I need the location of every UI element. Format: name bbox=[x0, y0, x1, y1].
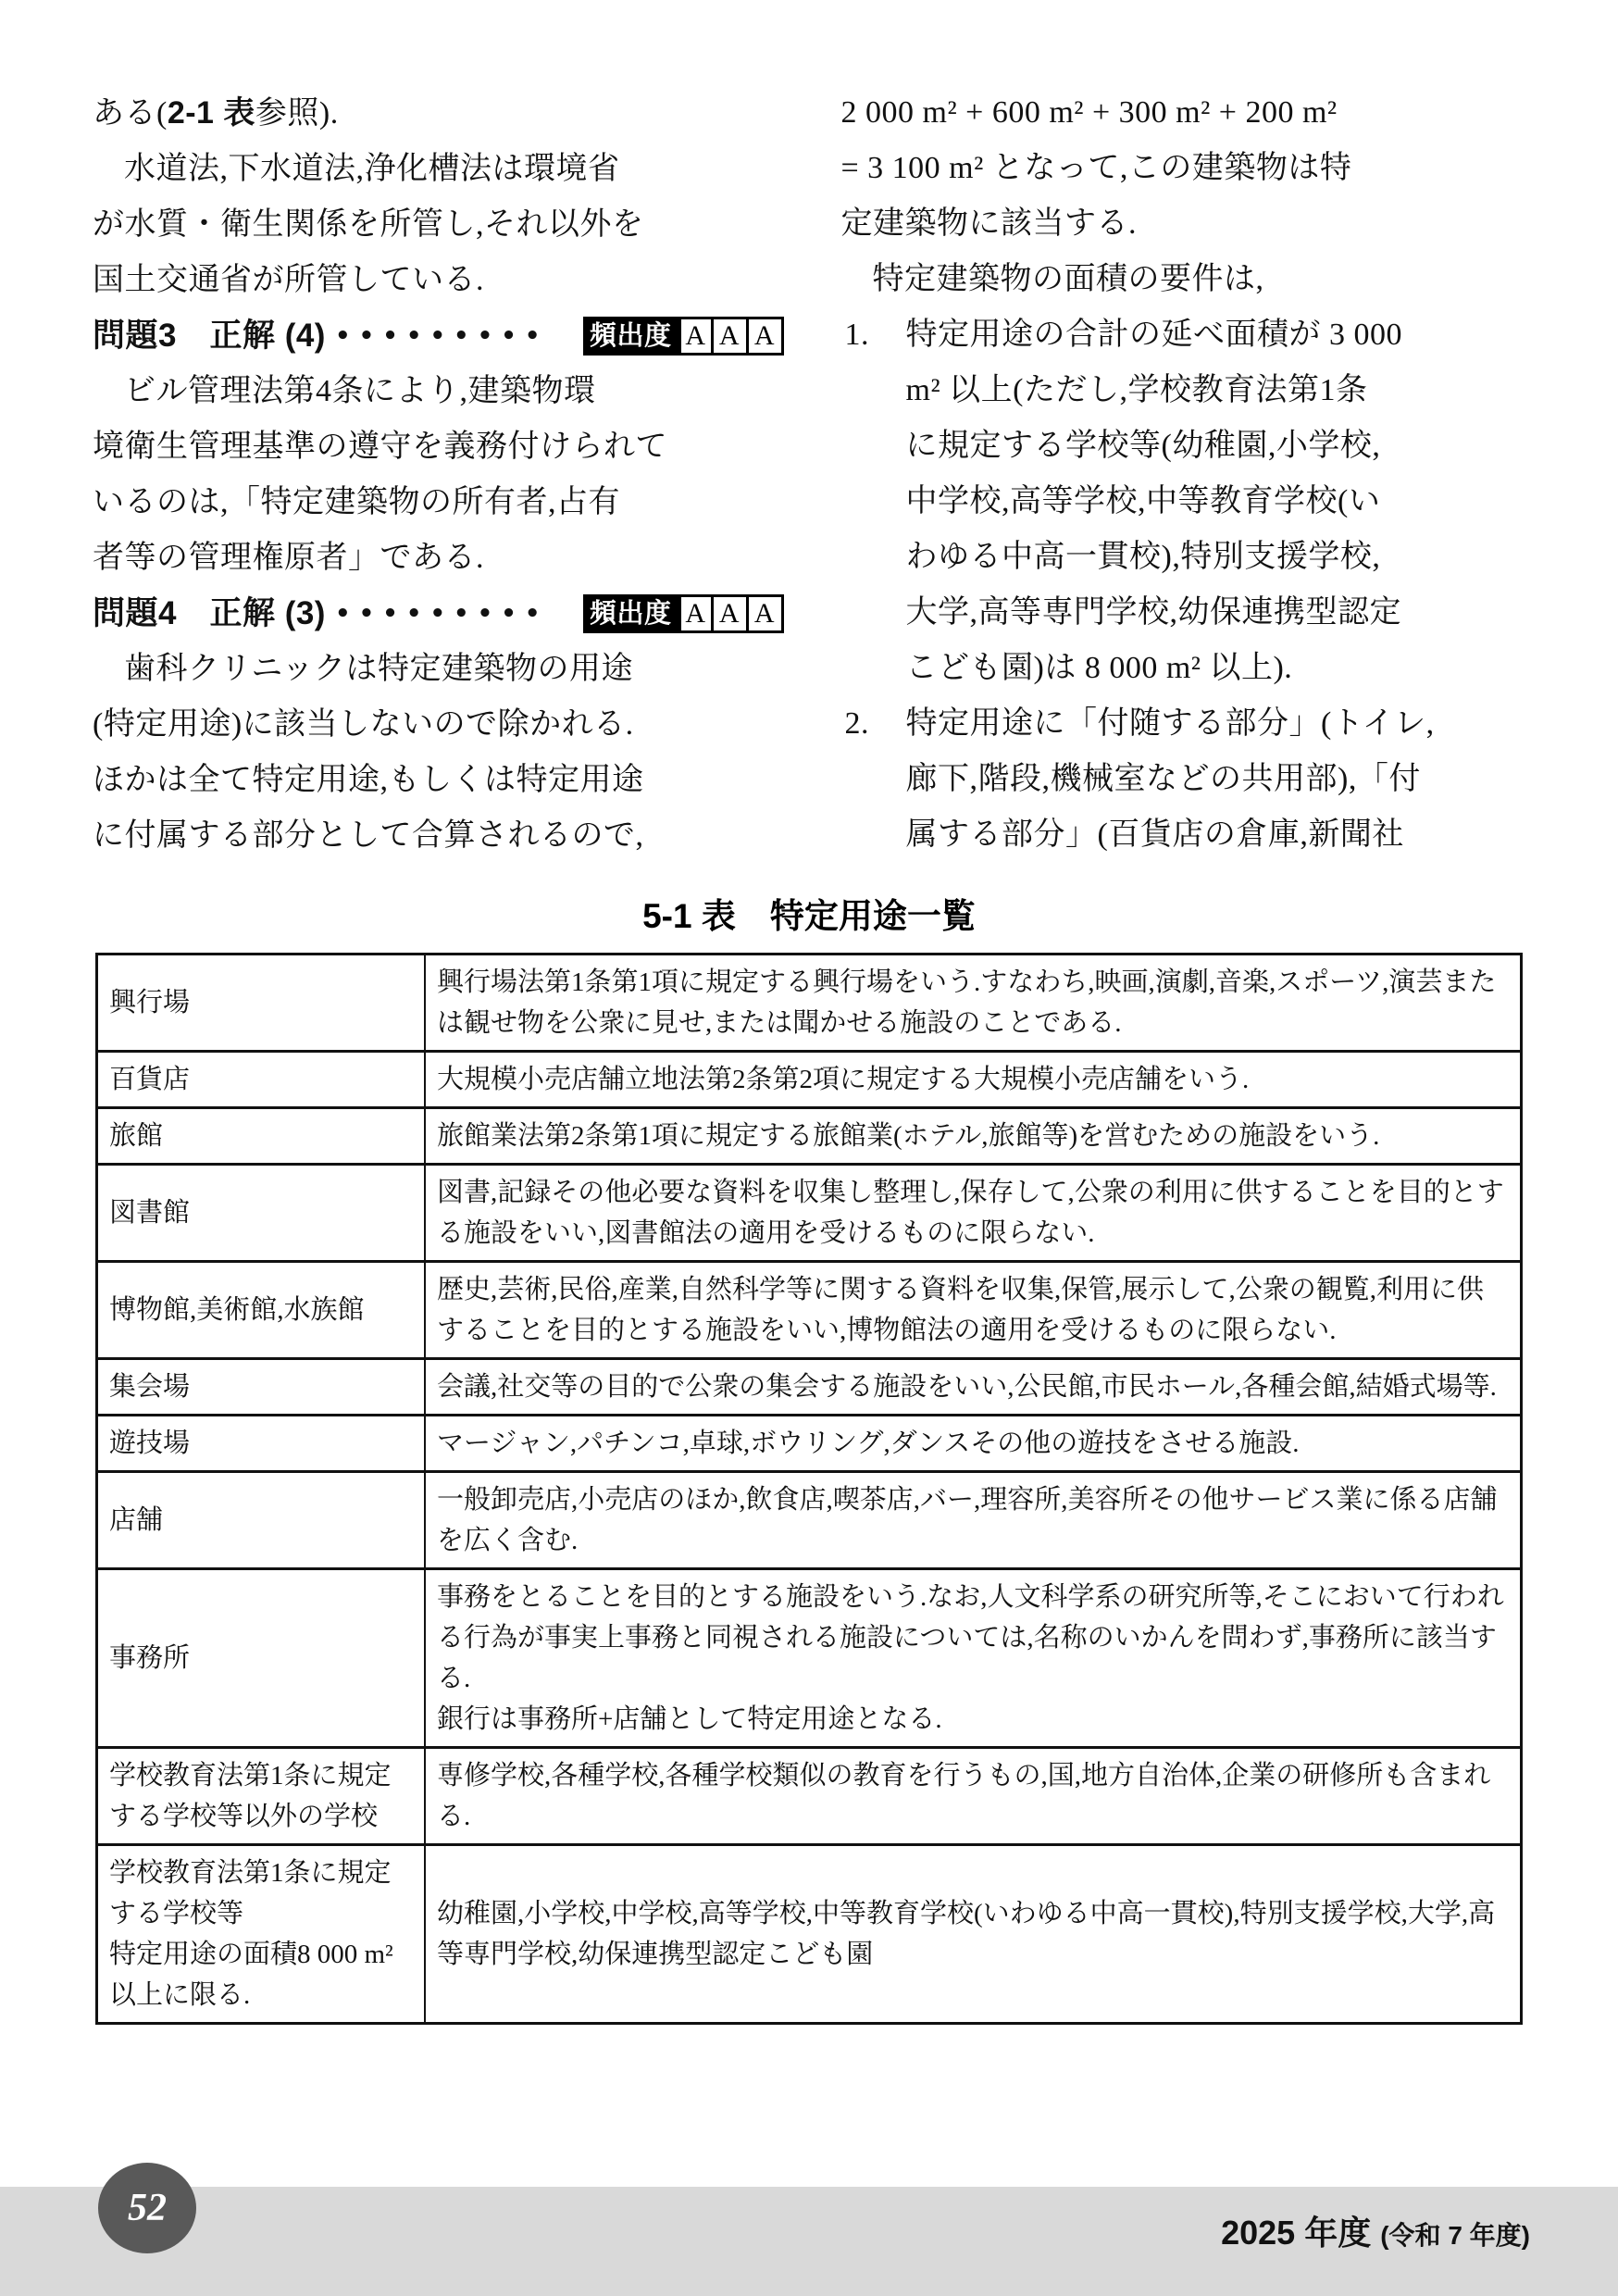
frequency-label: 頻出度 bbox=[583, 317, 678, 356]
table-desc-cell: 一般卸売店,小売店のほか,飲食店,喫茶店,バー,理容所,美容所その他サービス業に… bbox=[425, 1472, 1522, 1569]
specified-uses-table: 興行場 興行場法第1条第1項に規定する興行場をいう.すなわち,映画,演劇,音楽,… bbox=[95, 953, 1523, 2025]
table-desc-cell: マージャン,パチンコ,卓球,ボウリング,ダンスその他の遊技をさせる施設. bbox=[425, 1416, 1522, 1472]
table-term-cell: 図書館 bbox=[97, 1165, 426, 1262]
frequency-badge: 頻出度 A A A bbox=[583, 594, 784, 633]
table-term-cell: 店舗 bbox=[97, 1472, 426, 1569]
body-text-line: ほかは全て特定用途,もしくは特定用途 bbox=[93, 753, 784, 808]
leader-dots: ••••••••• bbox=[326, 586, 583, 642]
table-row: 旅館 旅館業法第2条第1項に規定する旅館業(ホテル,旅館等)を営むための施設をい… bbox=[97, 1108, 1522, 1165]
body-text-line: に付属する部分として合算されるので, bbox=[93, 808, 784, 864]
body-text-line: 2 000 m² + 600 m² + 300 m² + 200 m² bbox=[841, 85, 1533, 141]
footer: 2025 年度 (令和 7 年度) bbox=[0, 2187, 1618, 2296]
body-text-line: 大学,高等専門学校,幼保連携型認定 bbox=[841, 585, 1533, 641]
table-desc-cell: 歴史,芸術,民俗,産業,自然科学等に関する資料を収集,保管,展示して,公衆の観覧… bbox=[425, 1262, 1522, 1359]
grade-box: A bbox=[714, 594, 749, 633]
body-text-line: 特定用途に「付随する部分」(トイレ, bbox=[895, 696, 1533, 752]
table-term-cell: 事務所 bbox=[97, 1569, 426, 1748]
table-term-cell: 集会場 bbox=[97, 1359, 426, 1416]
table-term-cell: 遊技場 bbox=[97, 1416, 426, 1472]
table-reference: 2-1 表 bbox=[168, 95, 255, 131]
table-row: 学校教育法第1条に規定する学校等 特定用途の面積8 000 m²以上に限る. 幼… bbox=[97, 1845, 1522, 2024]
body-text-line: m² 以上(ただし,学校教育法第1条 bbox=[841, 363, 1533, 418]
edition-label: 2025 年度 (令和 7 年度) bbox=[1221, 2207, 1530, 2254]
right-column: 2 000 m² + 600 m² + 300 m² + 200 m² = 3 … bbox=[841, 85, 1533, 864]
table-term-cell: 興行場 bbox=[97, 955, 426, 1052]
body-text-line: (特定用途)に該当しないので除かれる. bbox=[93, 697, 784, 753]
table-row: 博物館,美術館,水族館 歴史,芸術,民俗,産業,自然科学等に関する資料を収集,保… bbox=[97, 1262, 1522, 1359]
body-text-line: 特定用途の合計の延べ面積が 3 000 bbox=[895, 307, 1533, 363]
body-text-line: 属する部分」(百貨店の倉庫,新聞社 bbox=[841, 807, 1533, 863]
table-desc-cell: 大規模小売店舗立地法第2条第2項に規定する大規模小売店舗をいう. bbox=[425, 1052, 1522, 1108]
body-text-line: に規定する学校等(幼稚園,小学校, bbox=[841, 418, 1533, 474]
body-text-line: 者等の管理権原者」である. bbox=[93, 530, 784, 586]
grade-box: A bbox=[714, 317, 749, 356]
table-term-cell: 学校教育法第1条に規定する学校等 特定用途の面積8 000 m²以上に限る. bbox=[97, 1845, 426, 2024]
table-row: 興行場 興行場法第1条第1項に規定する興行場をいう.すなわち,映画,演劇,音楽,… bbox=[97, 955, 1522, 1052]
problem3-heading: 問題3 正解 (4) ••••••••• 頻出度 A A A bbox=[93, 308, 784, 364]
body-text-line: 境衛生管理基準の遵守を義務付けられて bbox=[93, 419, 784, 475]
leader-dots: ••••••••• bbox=[326, 308, 583, 364]
body-text-line: = 3 100 m² となって,この建築物は特 bbox=[841, 141, 1533, 196]
body-text-line: 歯科クリニックは特定建築物の用途 bbox=[93, 642, 784, 697]
list-number: 2. bbox=[841, 696, 895, 752]
table-row: 学校教育法第1条に規定する学校等以外の学校 専修学校,各種学校,各種学校類似の教… bbox=[97, 1748, 1522, 1845]
table-desc-cell: 興行場法第1条第1項に規定する興行場をいう.すなわち,映画,演劇,音楽,スポーツ… bbox=[425, 955, 1522, 1052]
body-text-line: 水道法,下水道法,浄化槽法は環境省 bbox=[93, 142, 784, 197]
answer-text-columns: ある(2-1 表参照). 水道法,下水道法,浄化槽法は環境省 が水質・衛生関係を… bbox=[0, 0, 1618, 864]
body-text-line: 廊下,階段,機械室などの共用部),「付 bbox=[841, 752, 1533, 807]
table-desc-cell: 幼稚園,小学校,中学校,高等学校,中等教育学校(いわゆる中高一貫校),特別支援学… bbox=[425, 1845, 1522, 2024]
body-text-line: 国土交通省が所管している. bbox=[93, 253, 784, 308]
grade-box: A bbox=[749, 594, 784, 633]
grade-box: A bbox=[749, 317, 784, 356]
frequency-label: 頻出度 bbox=[583, 594, 678, 633]
grade-box: A bbox=[678, 317, 714, 356]
table-row: 事務所 事務をとることを目的とする施設をいう.なお,人文科学系の研究所等,そこに… bbox=[97, 1569, 1522, 1748]
page-number: 52 bbox=[128, 2186, 167, 2230]
table-row: 集会場 会議,社交等の目的で公衆の集会する施設をいい,公民館,市民ホール,各種会… bbox=[97, 1359, 1522, 1416]
body-text-line: ビル管理法第4条により,建築物環 bbox=[93, 364, 784, 419]
table-title: 5-1 表 特定用途一覧 bbox=[0, 888, 1618, 938]
table-row: 百貨店 大規模小売店舗立地法第2条第2項に規定する大規模小売店舗をいう. bbox=[97, 1052, 1522, 1108]
body-text-line: いるのは,「特定建築物の所有者,占有 bbox=[93, 475, 784, 530]
table-term-cell: 学校教育法第1条に規定する学校等以外の学校 bbox=[97, 1748, 426, 1845]
body-text-line: 定建築物に該当する. bbox=[841, 196, 1533, 252]
body-text-line: が水質・衛生関係を所管し,それ以外を bbox=[93, 197, 784, 253]
table-desc-cell: 事務をとることを目的とする施設をいう.なお,人文科学系の研究所等,そこにおいて行… bbox=[425, 1569, 1522, 1748]
table-desc-cell: 専修学校,各種学校,各種学校類似の教育を行うもの,国,地方自治体,企業の研修所も… bbox=[425, 1748, 1522, 1845]
edition-year: 2025 年度 bbox=[1221, 2214, 1371, 2252]
list-number: 1. bbox=[841, 307, 895, 363]
body-text-line: 中学校,高等学校,中等教育学校(い bbox=[841, 474, 1533, 530]
body-text-line: ある(2-1 表参照). bbox=[93, 85, 784, 142]
table-row: 店舗 一般卸売店,小売店のほか,飲食店,喫茶店,バー,理容所,美容所その他サービ… bbox=[97, 1472, 1522, 1569]
body-text-line: わゆる中高一貫校),特別支援学校, bbox=[841, 530, 1533, 585]
problem4-heading: 問題4 正解 (3) ••••••••• 頻出度 A A A bbox=[93, 586, 784, 642]
edition-era-note: (令和 7 年度) bbox=[1380, 2221, 1530, 2250]
table-term-cell: 旅館 bbox=[97, 1108, 426, 1165]
list-item-1: 1. 特定用途の合計の延べ面積が 3 000 bbox=[841, 307, 1533, 363]
table-row: 遊技場 マージャン,パチンコ,卓球,ボウリング,ダンスその他の遊技をさせる施設. bbox=[97, 1416, 1522, 1472]
table-desc-cell: 図書,記録その他必要な資料を収集し整理し,保存して,公衆の利用に供することを目的… bbox=[425, 1165, 1522, 1262]
body-text: 参照). bbox=[255, 96, 339, 131]
table-term-cell: 百貨店 bbox=[97, 1052, 426, 1108]
table-term-cell: 博物館,美術館,水族館 bbox=[97, 1262, 426, 1359]
left-column: ある(2-1 表参照). 水道法,下水道法,浄化槽法は環境省 が水質・衛生関係を… bbox=[93, 85, 784, 864]
table-desc-cell: 旅館業法第2条第1項に規定する旅館業(ホテル,旅館等)を営むための施設をいう. bbox=[425, 1108, 1522, 1165]
grade-box: A bbox=[678, 594, 714, 633]
body-text-line: 特定建築物の面積の要件は, bbox=[841, 252, 1533, 307]
frequency-badge: 頻出度 A A A bbox=[583, 317, 784, 356]
page-number-bubble: 52 bbox=[98, 2163, 196, 2253]
table-desc-cell: 会議,社交等の目的で公衆の集会する施設をいい,公民館,市民ホール,各種会館,結婚… bbox=[425, 1359, 1522, 1416]
list-item-2: 2. 特定用途に「付随する部分」(トイレ, bbox=[841, 696, 1533, 752]
body-text: ある( bbox=[93, 96, 168, 131]
body-text-line: こども園)は 8 000 m² 以上). bbox=[841, 641, 1533, 696]
problem3-title: 問題3 正解 (4) bbox=[93, 308, 326, 364]
problem4-title: 問題4 正解 (3) bbox=[93, 586, 326, 642]
table-row: 図書館 図書,記録その他必要な資料を収集し整理し,保存して,公衆の利用に供するこ… bbox=[97, 1165, 1522, 1262]
